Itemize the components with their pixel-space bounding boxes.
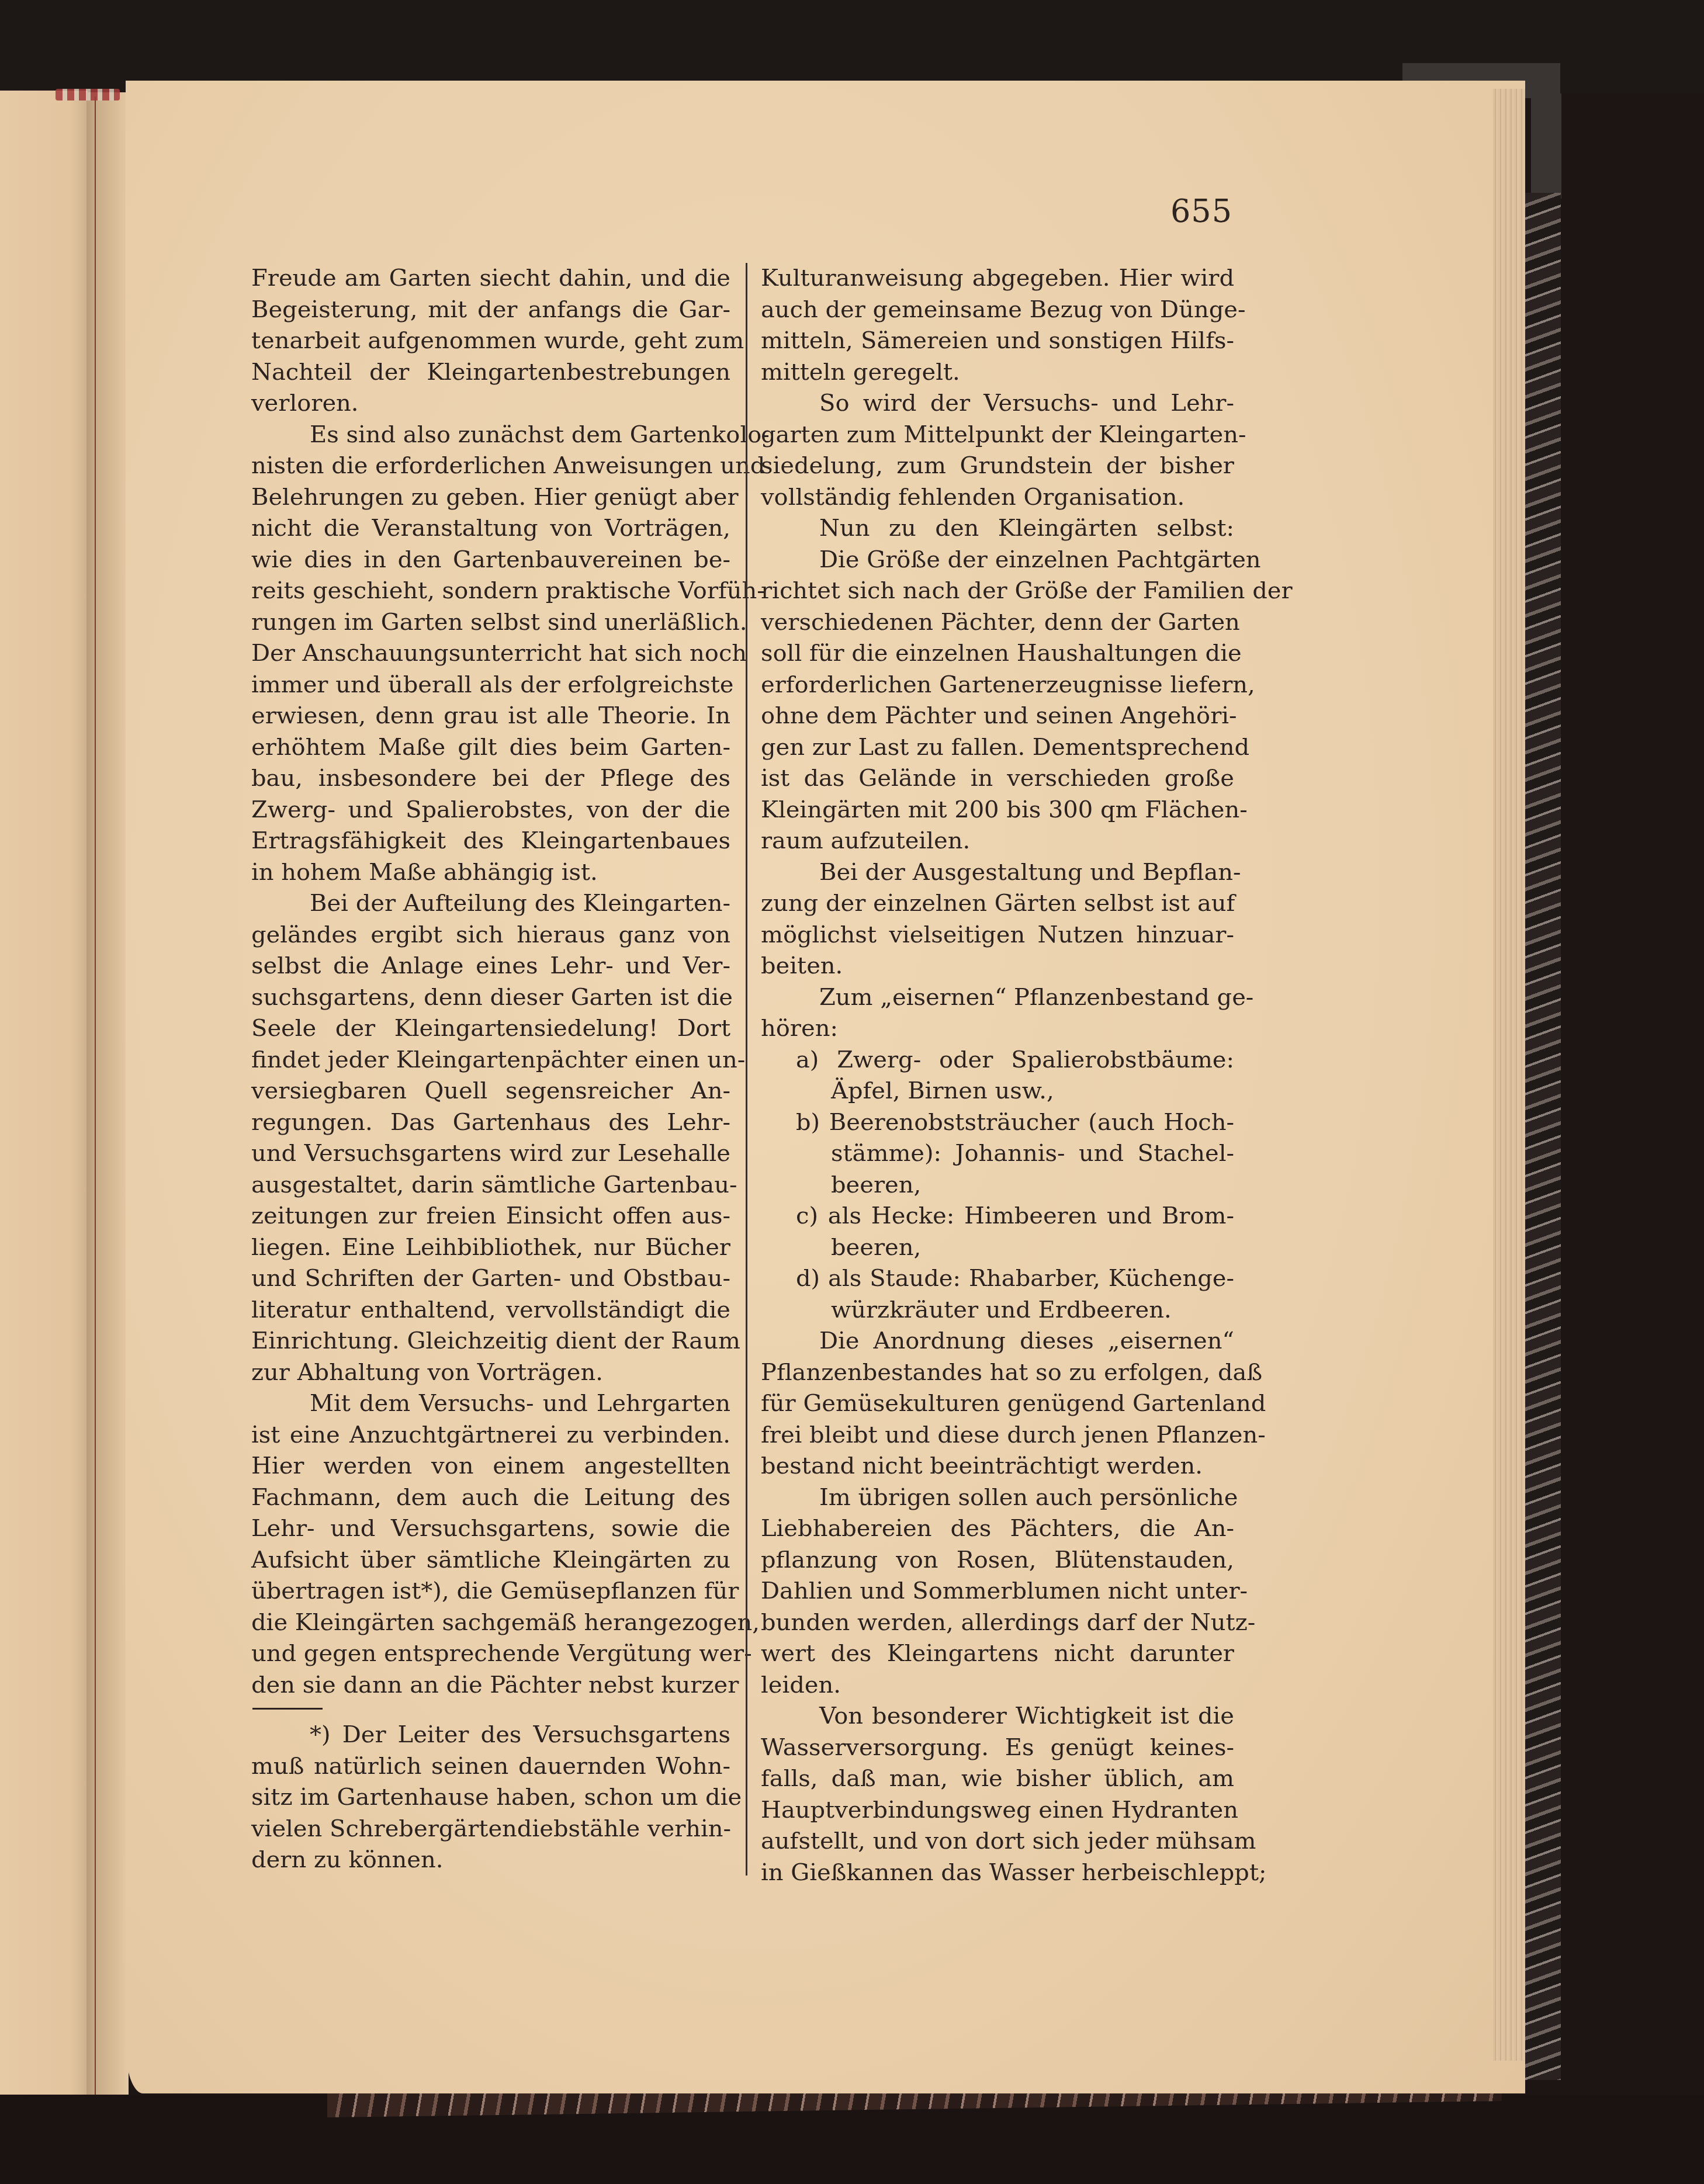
- text-line: nisten die erforderlichen Anweisungen un…: [251, 450, 730, 482]
- text-line: Bei der Ausgestaltung und Bepflan-: [761, 857, 1234, 889]
- text-line: Kleingärten mit 200 bis 300 qm Flächen-: [761, 795, 1234, 826]
- text-line: vollständig fehlenden Organisation.: [761, 482, 1234, 514]
- text-line: Hier werden von einem angestellten: [251, 1451, 730, 1482]
- text-line: pflanzung von Rosen, Blütenstauden,: [761, 1545, 1234, 1576]
- text-line: Ertragsfähigkeit des Kleingartenbaues: [251, 826, 730, 857]
- text-line: auch der gemeinsame Bezug von Dünge-: [761, 294, 1234, 326]
- text-line: hören:: [761, 1013, 1234, 1045]
- text-line: nicht die Veranstaltung von Vorträgen,: [251, 513, 730, 545]
- text-line: geländes ergibt sich hieraus ganz von: [251, 920, 730, 951]
- text-line: literatur enthaltend, vervollständigt di…: [251, 1295, 730, 1326]
- text-line: immer und überall als der erfolgreichste: [251, 670, 730, 701]
- text-line: Belehrungen zu geben. Hier genügt aber: [251, 482, 730, 514]
- text-line: leiden.: [761, 1670, 1234, 1701]
- text-line: und Versuchsgartens wird zur Lesehalle: [251, 1138, 730, 1170]
- page-number: 655: [1170, 193, 1232, 230]
- text-line: zur Abhaltung von Vorträgen.: [251, 1357, 730, 1389]
- text-line: und gegen entsprechende Vergütung wer-: [251, 1638, 730, 1670]
- text-line: gen zur Last zu fallen. Dementsprechend: [761, 732, 1234, 764]
- text-line: in Gießkannen das Wasser herbeischleppt;: [761, 1857, 1234, 1889]
- text-line: soll für die einzelnen Haushaltungen die: [761, 638, 1234, 670]
- text-line: wert des Kleingartens nicht darunter: [761, 1638, 1234, 1670]
- text-line: versiegbaren Quell segensreicher An-: [251, 1076, 730, 1107]
- text-line: selbst die Anlage eines Lehr- und Ver-: [251, 951, 730, 982]
- page-block-edge: [1493, 89, 1525, 2061]
- text-line: Mit dem Versuchs- und Lehrgarten: [251, 1388, 730, 1420]
- text-line: ist das Gelände in verschieden große: [761, 763, 1234, 795]
- binding-thread: [95, 96, 96, 2095]
- text-line: So wird der Versuchs- und Lehr-: [761, 388, 1234, 420]
- text-line: würzkräuter und Erdbeeren.: [761, 1295, 1234, 1326]
- footnote: *) Der Leiter des Versuchsgartensmuß nat…: [251, 1720, 730, 1876]
- text-line: Begeisterung, mit der anfangs die Gar-: [251, 294, 730, 326]
- text-line: erwiesen, denn grau ist alle Theorie. In: [251, 701, 730, 732]
- text-line: Lehr- und Versuchsgartens, sowie die: [251, 1513, 730, 1545]
- text-line: Wasserversorgung. Es genügt keines-: [761, 1732, 1234, 1764]
- left-page-edge: [0, 91, 88, 2098]
- text-line: Zum „eisernen“ Pflanzenbestand ge-: [761, 982, 1234, 1014]
- text-line: Einrichtung. Gleichzeitig dient der Raum: [251, 1326, 730, 1357]
- text-line: bestand nicht beeinträchtigt werden.: [761, 1451, 1234, 1482]
- text-line: für Gemüsekulturen genügend Gartenland: [761, 1388, 1234, 1420]
- cover-edge-corner: [1531, 93, 1561, 199]
- text-line: in hohem Maße abhängig ist.: [251, 857, 730, 889]
- text-line: erforderlichen Gartenerzeugnisse liefern…: [761, 670, 1234, 701]
- text-line: falls, daß man, wie bisher üblich, am: [761, 1763, 1234, 1795]
- text-line: bau, insbesondere bei der Pflege des: [251, 763, 730, 795]
- text-line: findet jeder Kleingartenpächter einen un…: [251, 1045, 730, 1076]
- text-line: Aufsicht über sämtliche Kleingärten zu: [251, 1545, 730, 1576]
- text-line: Bei der Aufteilung des Kleingarten-: [251, 888, 730, 920]
- text-line: Hauptverbindungsweg einen Hydranten: [761, 1795, 1234, 1826]
- text-line: richtet sich nach der Größe der Familien…: [761, 576, 1234, 607]
- text-line: beeren,: [761, 1170, 1234, 1201]
- text-line: Äpfel, Birnen usw.,: [761, 1076, 1234, 1107]
- text-line: Liebhabereien des Pächters, die An-: [761, 1513, 1234, 1545]
- text-line: raum aufzuteilen.: [761, 826, 1234, 857]
- text-line: den sie dann an die Pächter nebst kurzer: [251, 1670, 730, 1701]
- text-line: a) Zwerg- oder Spalierobstbäume:: [761, 1045, 1234, 1076]
- text-line: frei bleibt und diese durch jenen Pflanz…: [761, 1420, 1234, 1451]
- text-line: muß natürlich seinen dauernden Wohn-: [251, 1751, 730, 1783]
- text-line: beiten.: [761, 951, 1234, 982]
- headband: [56, 89, 120, 100]
- text-line: Es sind also zunächst dem Gartenkolo-: [251, 420, 730, 451]
- text-line: mitteln geregelt.: [761, 357, 1234, 389]
- text-line: verloren.: [251, 388, 730, 420]
- text-line: liegen. Eine Leihbibliothek, nur Bücher: [251, 1232, 730, 1264]
- text-line: mitteln, Sämereien und sonstigen Hilfs-: [761, 325, 1234, 357]
- text-line: Die Größe der einzelnen Pachtgärten: [761, 545, 1234, 576]
- text-line: b) Beerenobststräucher (auch Hoch-: [761, 1107, 1234, 1139]
- text-line: Fachmann, dem auch die Leitung des: [251, 1482, 730, 1514]
- text-line: Freude am Garten siecht dahin, und die: [251, 263, 730, 294]
- text-line: sitz im Gartenhause haben, schon um die: [251, 1782, 730, 1814]
- text-line: *) Der Leiter des Versuchsgartens: [251, 1720, 730, 1751]
- text-line: zung der einzelnen Gärten selbst ist auf: [761, 888, 1234, 920]
- text-line: dern zu können.: [251, 1845, 730, 1876]
- text-line: Der Anschauungsunterricht hat sich noch: [251, 638, 730, 670]
- text-line: verschiedenen Pächter, denn der Garten: [761, 607, 1234, 639]
- text-line: reits geschieht, sondern praktische Vorf…: [251, 576, 730, 607]
- text-line: vielen Schrebergärtendiebstähle verhin-: [251, 1814, 730, 1845]
- right-text-column: Kulturanweisung abgegeben. Hier wirdauch…: [761, 263, 1234, 1888]
- text-line: bunden werden, allerdings darf der Nutz-: [761, 1607, 1234, 1639]
- text-line: regungen. Das Gartenhaus des Lehr-: [251, 1107, 730, 1139]
- text-line: Von besonderer Wichtigkeit ist die: [761, 1701, 1234, 1732]
- text-line: Die Anordnung dieses „eisernen“: [761, 1326, 1234, 1357]
- text-line: siedelung, zum Grundstein der bisher: [761, 450, 1234, 482]
- footnote-rule: [252, 1708, 323, 1710]
- column-divider: [746, 263, 747, 1876]
- text-line: übertragen ist*), die Gemüsepflanzen für: [251, 1576, 730, 1607]
- text-line: die Kleingärten sachgemäß herangezogen,: [251, 1607, 730, 1639]
- text-line: tenarbeit aufgenommen wurde, geht zum: [251, 325, 730, 357]
- text-line: beeren,: [761, 1232, 1234, 1264]
- text-line: erhöhtem Maße gilt dies beim Garten-: [251, 732, 730, 764]
- text-line: Pflanzenbestandes hat so zu erfolgen, da…: [761, 1357, 1234, 1389]
- text-line: ausgestaltet, darin sämtliche Gartenbau-: [251, 1170, 730, 1201]
- text-line: Im übrigen sollen auch persönliche: [761, 1482, 1234, 1514]
- text-line: suchsgartens, denn dieser Garten ist die: [251, 982, 730, 1014]
- text-line: aufstellt, und von dort sich jeder mühsa…: [761, 1826, 1234, 1857]
- text-line: c) als Hecke: Himbeeren und Brom-: [761, 1201, 1234, 1232]
- text-line: d) als Staude: Rhabarber, Küchenge-: [761, 1263, 1234, 1295]
- text-line: Nachteil der Kleingartenbestrebungen: [251, 357, 730, 389]
- text-line: zeitungen zur freien Einsicht offen aus-: [251, 1201, 730, 1232]
- text-line: Dahlien und Sommerblumen nicht unter-: [761, 1576, 1234, 1607]
- left-text-column: Freude am Garten siecht dahin, und dieBe…: [251, 263, 730, 1701]
- book-gutter: [86, 92, 129, 2096]
- text-line: Seele der Kleingartensiedelung! Dort: [251, 1013, 730, 1045]
- text-line: stämme): Johannis- und Stachel-: [761, 1138, 1234, 1170]
- marbled-cover-edge: [1523, 193, 1561, 2080]
- text-line: Nun zu den Kleingärten selbst:: [761, 513, 1234, 545]
- text-line: garten zum Mittelpunkt der Kleingarten-: [761, 420, 1234, 451]
- text-line: Zwerg- und Spalierobstes, von der die: [251, 795, 730, 826]
- text-line: möglichst vielseitigen Nutzen hinzuar-: [761, 920, 1234, 951]
- text-line: wie dies in den Gartenbauvereinen be-: [251, 545, 730, 576]
- text-line: Kulturanweisung abgegeben. Hier wird: [761, 263, 1234, 294]
- text-line: rungen im Garten selbst sind unerläßlich…: [251, 607, 730, 639]
- text-line: und Schriften der Garten- und Obstbau-: [251, 1263, 730, 1295]
- text-line: ohne dem Pächter und seinen Angehöri-: [761, 701, 1234, 732]
- text-line: ist eine Anzuchtgärtnerei zu verbinden.: [251, 1420, 730, 1451]
